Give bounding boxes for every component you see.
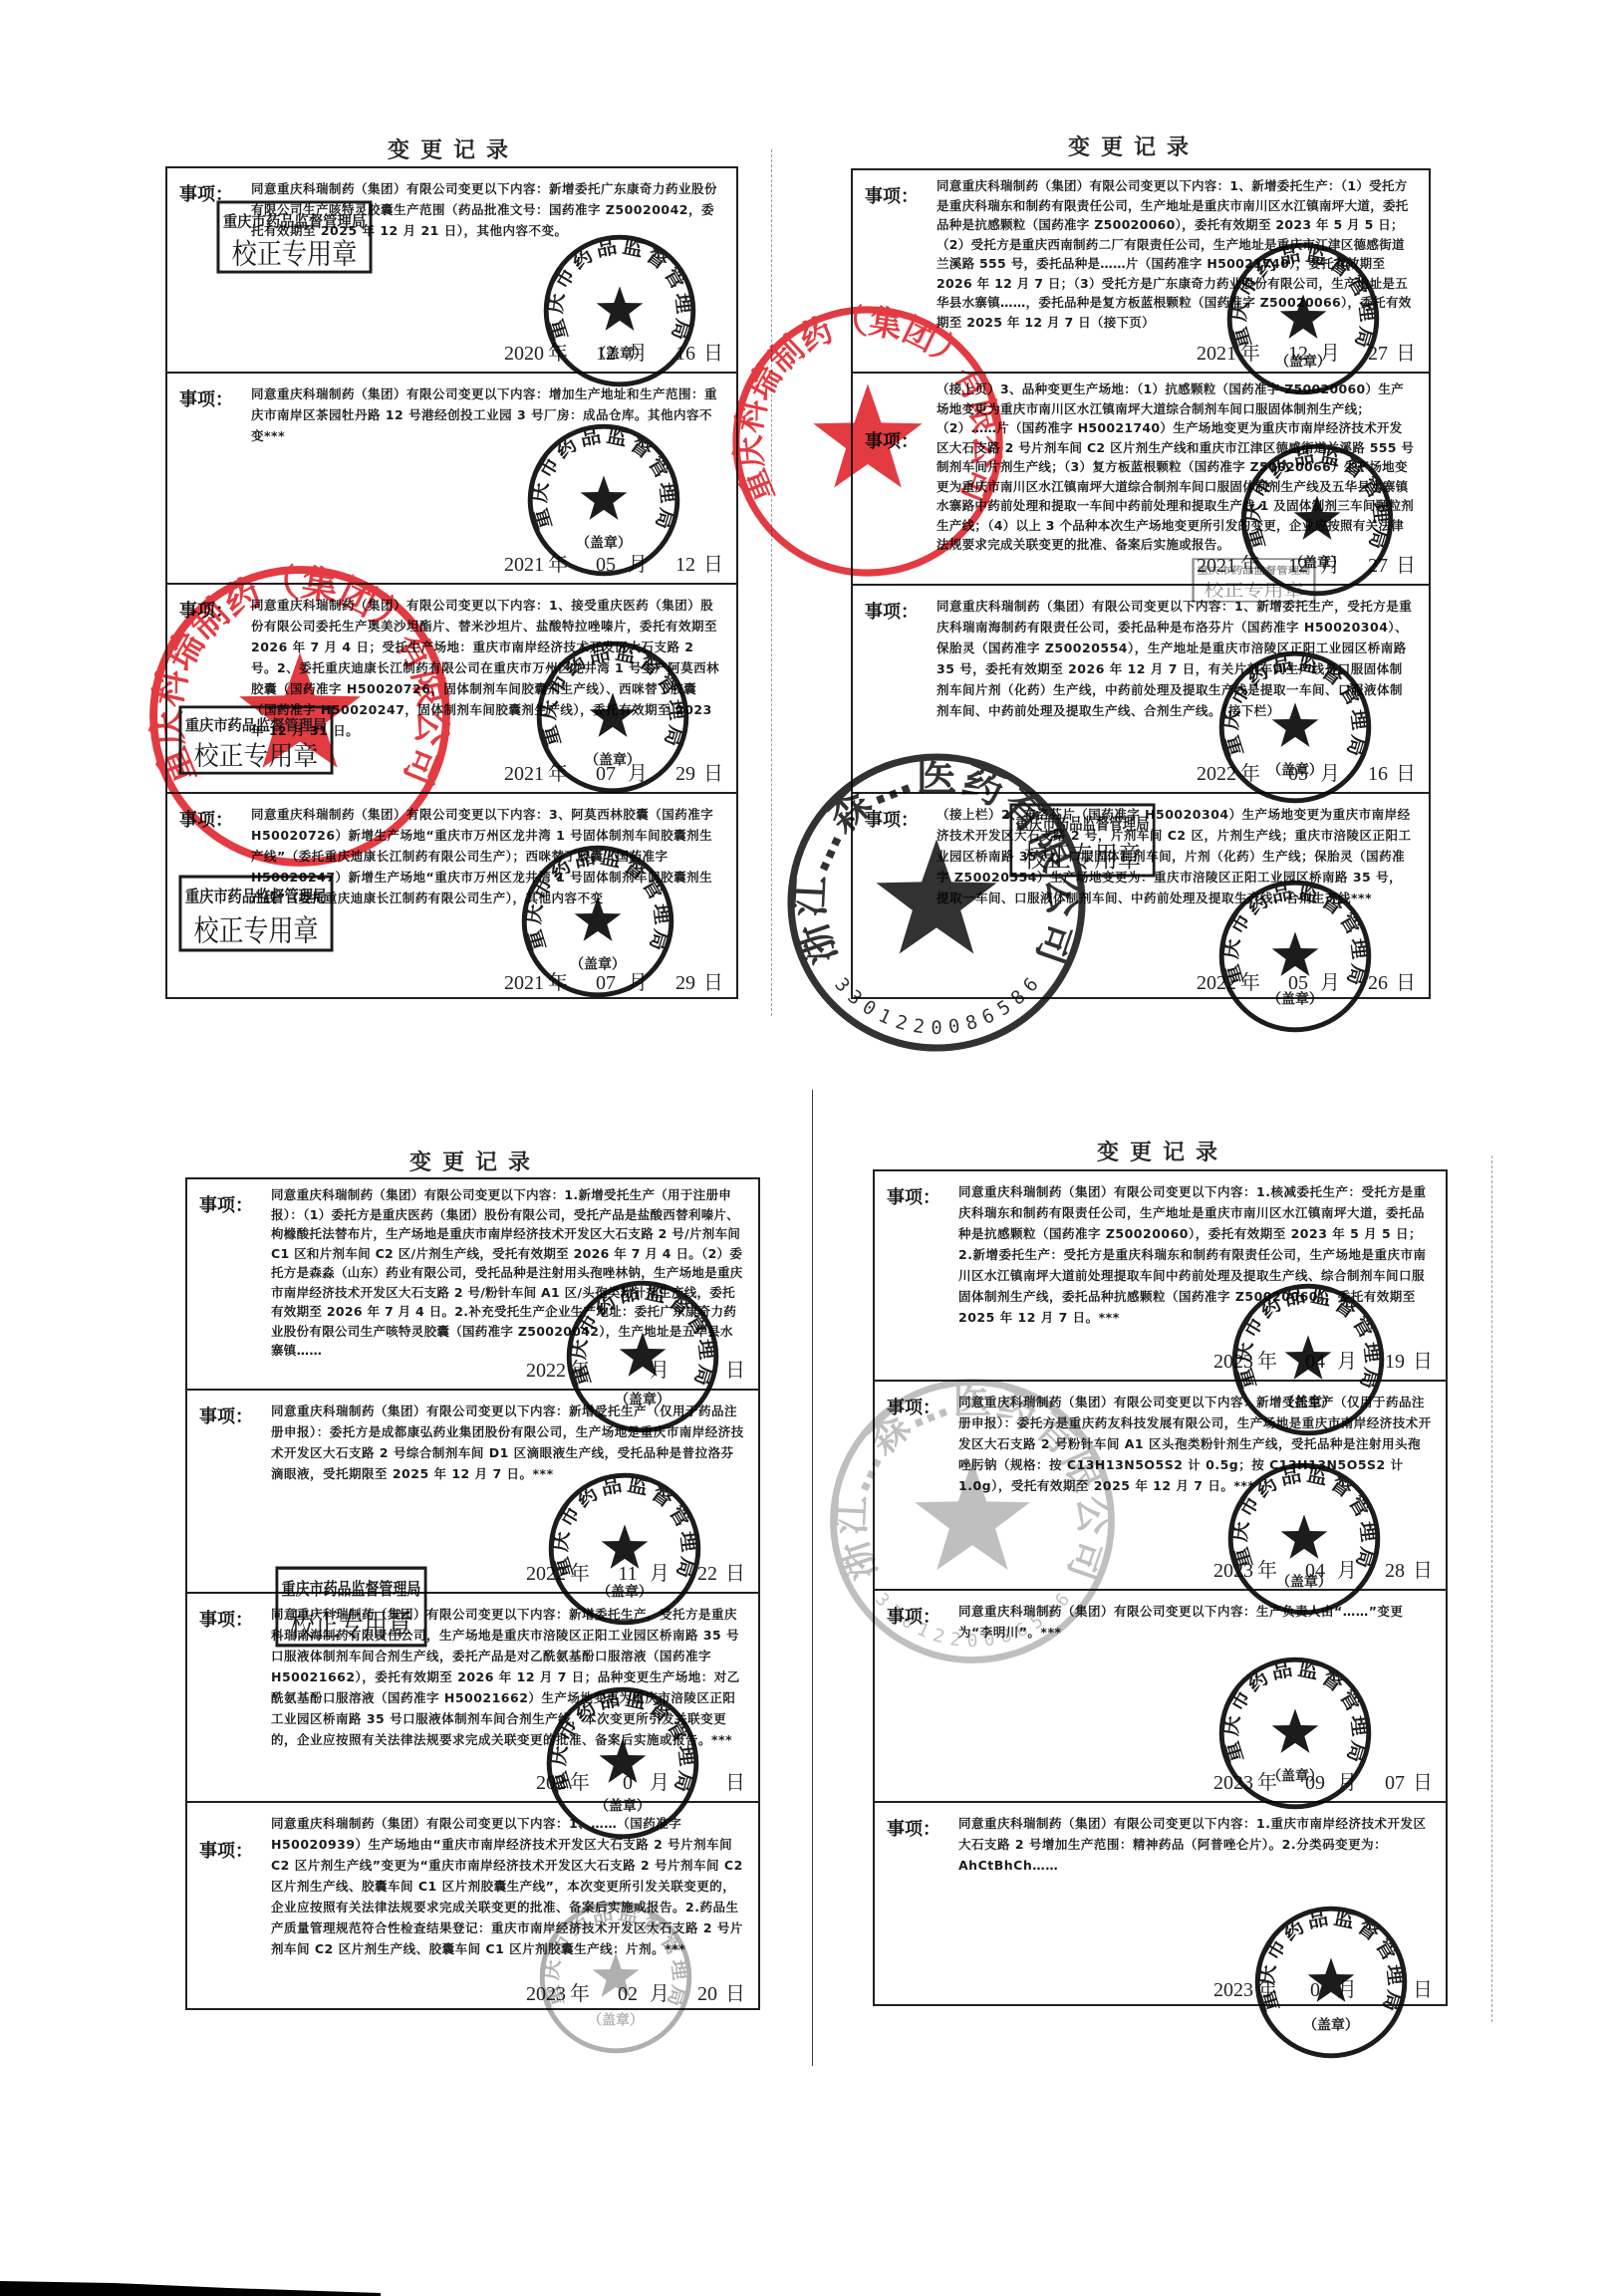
- item-label: 事项：: [179, 806, 233, 832]
- change-record: 事项： 同意重庆科瑞制药（集团）有限公司变更以下内容：增加生产地址和生产范围：重…: [167, 372, 736, 583]
- item-label: 事项：: [887, 1394, 940, 1419]
- record-content: 同意重庆科瑞制药（集团）有限公司变更以下内容：1、接受重庆医药（集团）股份有限公…: [251, 595, 722, 741]
- date-year: 2023: [1209, 1351, 1253, 1374]
- record-content: （接上页）3、品种变更生产场地：（1）抗感颗粒（国药准字 Z50020060）生…: [937, 380, 1415, 555]
- item-label: 事项：: [179, 385, 233, 411]
- date-unit-day: 日: [1396, 555, 1416, 577]
- date-unit-year: 年: [1240, 763, 1260, 785]
- scan-fold-line: [1491, 1155, 1492, 2022]
- record-date: 2023年0月日: [1209, 1973, 1433, 2002]
- date-day: 29: [673, 972, 697, 995]
- record-content: 同意重庆科瑞制药（集团）有限公司变更以下内容：新增受托生产（仅用于药品注册申报）…: [958, 1392, 1432, 1496]
- item-label: 事项：: [199, 1606, 253, 1632]
- date-unit-day: 日: [1413, 1560, 1433, 1582]
- date-day: 12: [673, 554, 697, 577]
- change-record-table: 事项： 同意重庆科瑞制药（集团）有限公司变更以下内容：1.核减委托生产：受托方是…: [873, 1169, 1448, 2006]
- date-month: 07: [594, 972, 618, 995]
- date-year: 202: [522, 1772, 566, 1795]
- date-year: 2021: [500, 554, 544, 577]
- date-day: 07: [1383, 1772, 1407, 1795]
- date-month: 12: [594, 343, 618, 366]
- record-content: 同意重庆科瑞制药（集团）有限公司变更以下内容：新增委托生产，受托方是重庆科瑞南海…: [271, 1604, 744, 1750]
- date-unit-year: 年: [570, 1360, 590, 1382]
- date-unit-month: 月: [1337, 1351, 1357, 1373]
- record-date: 2023年04月19日: [1209, 1345, 1433, 1374]
- date-day: 28: [1383, 1560, 1407, 1583]
- page-title: 变更记录: [1097, 1136, 1228, 1166]
- date-year: 2021: [500, 972, 544, 995]
- date-month: 0: [1303, 1979, 1327, 2002]
- record-date: 2021年07月29日: [500, 757, 723, 786]
- page-divider-line: [812, 1090, 813, 2066]
- page-title: 变更记录: [409, 1146, 541, 1176]
- record-date: 2023年02月20日: [522, 1977, 745, 2006]
- change-record: 事项： （接上栏）2、布洛芬片（国药准字 H50020304）生产场地变更为重庆…: [853, 792, 1429, 1001]
- date-year: 2021: [1193, 343, 1236, 366]
- date-month: 07: [594, 763, 618, 786]
- date-month: 04: [1303, 1351, 1327, 1374]
- date-unit-year: 年: [548, 763, 568, 785]
- item-label: 事项：: [199, 1191, 253, 1217]
- date-month: 12: [1286, 555, 1310, 578]
- date-unit-day: 日: [725, 1772, 745, 1794]
- record-content: 同意重庆科瑞制药（集团）有限公司变更以下内容：新增受托生产（仅用于药品注册申报）…: [271, 1401, 744, 1484]
- date-month: 05: [594, 554, 618, 577]
- item-label: 事项：: [199, 1403, 253, 1428]
- date-day: 27: [1366, 343, 1390, 366]
- change-record: 事项： 同意重庆科瑞制药（集团）有限公司变更以下内容：1、新增委托生产：（1）受…: [853, 170, 1429, 372]
- date-day: 16: [1366, 763, 1390, 786]
- record-date: 2021年05月12日: [500, 548, 723, 577]
- record-date: 2023年09月07日: [1209, 1766, 1433, 1795]
- date-month: 04: [1303, 1560, 1327, 1583]
- record-date: 2023年04月28日: [1209, 1554, 1433, 1583]
- change-record: 事项： 同意重庆科瑞制药（集团）有限公司变更以下内容：1.核减委托生产：受托方是…: [875, 1171, 1446, 1380]
- date-unit-year: 年: [548, 343, 568, 365]
- date-unit-year: 年: [1240, 343, 1260, 365]
- date-day: 27: [1366, 555, 1390, 578]
- change-record: 事项： 同意重庆科瑞制药（集团）有限公司变更以下内容：1、……（国药准字 H50…: [187, 1801, 758, 2012]
- record-date: 2021年12月27日: [1193, 337, 1416, 366]
- date-year: 2021: [500, 763, 544, 786]
- record-content: 同意重庆科瑞制药（集团）有限公司变更以下内容：生产负责人由“……”变更为“李明川…: [958, 1601, 1432, 1643]
- date-unit-day: 日: [703, 763, 723, 785]
- date-unit-day: 日: [703, 972, 723, 994]
- date-unit-year: 年: [1257, 1772, 1277, 1794]
- date-unit-month: 月: [650, 1360, 670, 1382]
- change-record-table: 事项： 同意重庆科瑞制药（集团）有限公司变更以下内容：1、新增委托生产：（1）受…: [851, 168, 1431, 999]
- change-record: 事项： 同意重庆科瑞制药（集团）有限公司变更以下内容：生产负责人由“……”变更为…: [875, 1589, 1446, 1801]
- date-unit-day: 日: [703, 554, 723, 576]
- date-unit-month: 月: [628, 343, 648, 365]
- date-year: 2023: [1209, 1772, 1253, 1795]
- date-unit-year: 年: [1240, 972, 1260, 994]
- record-content: （接上栏）2、布洛芬片（国药准字 H50020304）生产场地变更为重庆市南岸经…: [937, 804, 1415, 908]
- date-unit-month: 月: [650, 1983, 670, 2005]
- change-record: 事项： 同意重庆科瑞制药（集团）有限公司变更以下内容：1、接受重庆医药（集团）股…: [167, 583, 736, 792]
- record-content: 同意重庆科瑞制药（集团）有限公司变更以下内容：1.新增受托生产（用于注册申报）：…: [271, 1185, 744, 1361]
- record-date: 202年0月日: [522, 1766, 745, 1795]
- date-unit-year: 年: [1257, 1979, 1277, 2001]
- date-month: 09: [1303, 1772, 1327, 1795]
- date-unit-day: 日: [1396, 343, 1416, 365]
- page-title: 变更记录: [1068, 130, 1200, 161]
- date-unit-month: 月: [1337, 1772, 1357, 1794]
- record-content: 同意重庆科瑞制药（集团）有限公司变更以下内容：1.重庆市南岸经济技术开发区大石支…: [958, 1813, 1432, 1876]
- date-day: 20: [695, 1983, 719, 2006]
- date-year: 2023: [1209, 1560, 1253, 1583]
- change-record: 事项： 同意重庆科瑞制药（集团）有限公司变更以下内容：1.重庆市南岸经济技术开发…: [875, 1801, 1446, 2008]
- item-label: 事项：: [865, 182, 919, 208]
- record-date: 2022年11月22日: [522, 1557, 745, 1586]
- date-day: 19: [1383, 1351, 1407, 1374]
- date-unit-month: 月: [1320, 763, 1340, 785]
- date-unit-day: 日: [1396, 972, 1416, 994]
- date-unit-year: 年: [1257, 1560, 1277, 1582]
- record-date: 2022年月日: [522, 1354, 745, 1383]
- page-title: 变更记录: [388, 133, 519, 164]
- date-year: 2020: [500, 343, 544, 366]
- date-unit-month: 月: [1337, 1979, 1357, 2001]
- date-unit-month: 月: [1320, 343, 1340, 365]
- date-month: 11: [616, 1563, 640, 1586]
- item-label: 事项：: [887, 1603, 940, 1629]
- record-date: 2022年05月16日: [1193, 757, 1416, 786]
- record-content: 同意重庆科瑞制药（集团）有限公司变更以下内容：1、……（国药准字 H500209…: [271, 1813, 744, 1959]
- item-label: 事项：: [865, 598, 919, 624]
- record-content: 同意重庆科瑞制药（集团）有限公司变更以下内容：新增委托广东康奇力药业股份有限公司…: [251, 178, 722, 241]
- date-month: 05: [1286, 972, 1310, 995]
- date-unit-year: 年: [1257, 1351, 1277, 1373]
- date-unit-day: 日: [1413, 1351, 1433, 1373]
- date-year: 2022: [1193, 972, 1236, 995]
- item-label: 事项：: [199, 1837, 253, 1863]
- change-record: 事项： 同意重庆科瑞制药（集团）有限公司变更以下内容：新增受托生产（仅用于药品注…: [875, 1380, 1446, 1589]
- date-day: 26: [1366, 972, 1390, 995]
- change-record: 事项： 同意重庆科瑞制药（集团）有限公司变更以下内容：1.新增受托生产（用于注册…: [187, 1179, 758, 1389]
- date-unit-day: 日: [1396, 763, 1416, 785]
- scan-fold-line: [771, 149, 772, 1016]
- change-record-table: 事项： 同意重庆科瑞制药（集团）有限公司变更以下内容：新增委托广东康奇力药业股份…: [165, 166, 738, 999]
- date-month: 12: [1286, 343, 1310, 366]
- item-label: 事项：: [887, 1815, 940, 1841]
- record-content: 同意重庆科瑞制药（集团）有限公司变更以下内容：3、阿莫西林胶囊（国药准字 H50…: [251, 804, 722, 908]
- record-content: 同意重庆科瑞制药（集团）有限公司变更以下内容：1.核减委托生产：受托方是重庆科瑞…: [958, 1181, 1432, 1328]
- date-unit-month: 月: [628, 763, 648, 785]
- date-unit-month: 月: [628, 554, 648, 576]
- item-label: 事项：: [865, 806, 919, 832]
- record-date: 2020年12月16日: [500, 337, 723, 366]
- date-unit-month: 月: [628, 972, 648, 994]
- change-record: 事项： 同意重庆科瑞制药（集团）有限公司变更以下内容：新增委托生产，受托方是重庆…: [187, 1592, 758, 1801]
- date-unit-day: 日: [703, 343, 723, 365]
- date-month: 0: [616, 1772, 640, 1795]
- record-date: 2021年12月27日: [1193, 549, 1416, 578]
- date-unit-month: 月: [650, 1772, 670, 1794]
- date-year: 2022: [1193, 763, 1236, 786]
- date-unit-year: 年: [570, 1772, 590, 1794]
- change-record: 事项： （接上页）3、品种变更生产场地：（1）抗感颗粒（国药准字 Z500200…: [853, 372, 1429, 584]
- change-record-table: 事项： 同意重庆科瑞制药（集团）有限公司变更以下内容：1.新增受托生产（用于注册…: [185, 1177, 760, 2010]
- date-unit-year: 年: [548, 972, 568, 994]
- date-unit-day: 日: [725, 1563, 745, 1585]
- date-unit-day: 日: [725, 1983, 745, 2005]
- date-year: 2023: [522, 1983, 566, 2006]
- record-content: 同意重庆科瑞制药（集团）有限公司变更以下内容：1、新增委托生产，受托方是重庆科瑞…: [937, 596, 1415, 721]
- date-year: 2023: [1209, 1979, 1253, 2002]
- change-record: 事项： 同意重庆科瑞制药（集团）有限公司变更以下内容：新增受托生产（仅用于药品注…: [187, 1389, 758, 1592]
- date-unit-day: 日: [725, 1360, 745, 1382]
- date-unit-day: 日: [1413, 1979, 1433, 2001]
- date-day: 29: [673, 763, 697, 786]
- date-day: 16: [673, 343, 697, 366]
- record-content: 同意重庆科瑞制药（集团）有限公司变更以下内容：增加生产地址和生产范围：重庆市南岸…: [251, 383, 722, 446]
- date-unit-year: 年: [548, 554, 568, 576]
- date-unit-day: 日: [1413, 1772, 1433, 1794]
- date-month: 02: [616, 1983, 640, 2006]
- date-unit-month: 月: [1320, 972, 1340, 994]
- date-unit-year: 年: [570, 1563, 590, 1585]
- change-record: 事项： 同意重庆科瑞制药（集团）有限公司变更以下内容：1、新增委托生产，受托方是…: [853, 584, 1429, 792]
- date-year: 2022: [522, 1360, 566, 1383]
- date-unit-month: 月: [1337, 1560, 1357, 1582]
- item-label: 事项：: [887, 1183, 940, 1209]
- date-unit-month: 月: [1320, 555, 1340, 577]
- date-unit-year: 年: [570, 1983, 590, 2005]
- change-record: 事项： 同意重庆科瑞制药（集团）有限公司变更以下内容：3、阿莫西林胶囊（国药准字…: [167, 792, 736, 1001]
- date-month: 05: [1286, 763, 1310, 786]
- item-label: 事项：: [179, 597, 233, 623]
- date-day: 22: [695, 1563, 719, 1586]
- record-content: 同意重庆科瑞制药（集团）有限公司变更以下内容：1、新增委托生产：（1）受托方是重…: [937, 176, 1415, 332]
- date-year: 2021: [1193, 555, 1236, 578]
- item-label: 事项：: [179, 180, 233, 206]
- change-record: 事项： 同意重庆科瑞制药（集团）有限公司变更以下内容：新增委托广东康奇力药业股份…: [167, 168, 736, 372]
- scan-edge-artifact: [0, 2276, 381, 2296]
- record-date: 2021年07月29日: [500, 966, 723, 995]
- date-unit-year: 年: [1240, 555, 1260, 577]
- item-label: 事项：: [865, 427, 919, 453]
- date-unit-month: 月: [650, 1563, 670, 1585]
- date-year: 2022: [522, 1563, 566, 1586]
- record-date: 2022年05月26日: [1193, 966, 1416, 995]
